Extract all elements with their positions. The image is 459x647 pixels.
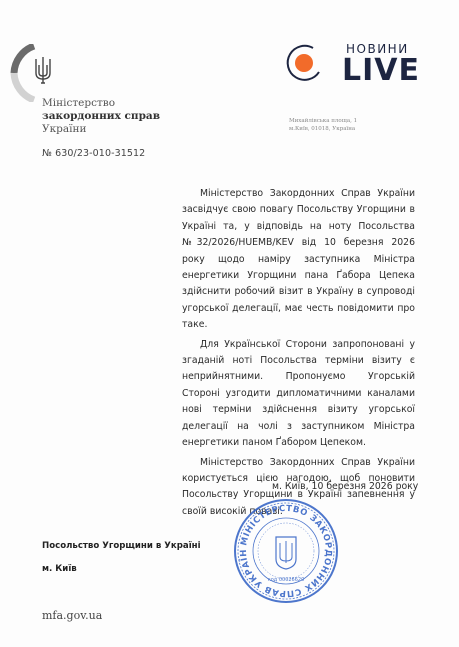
trident-icon: [33, 55, 53, 85]
ministry-address: Михайлівська площа, 1 м.Київ, 01018, Укр…: [289, 117, 357, 133]
ministry-line-3: України: [42, 123, 160, 136]
official-stamp-icon: МІНІСТЕРСТВО ЗАКОРДОННИХ СПРАВ УКРАЇНИ к…: [232, 497, 340, 605]
document-number: № 630/23-010-31512: [42, 148, 145, 159]
novyny-live-logo-icon: [283, 42, 325, 84]
svg-text:код 00026620: код 00026620: [268, 577, 305, 583]
date-line: м. Київ, 10 березня 2026 року: [272, 481, 418, 492]
paragraph-2: Для Української Сторони запропоновані у …: [182, 337, 415, 452]
recipient-name: Посольство Угорщини в Україні: [42, 541, 201, 551]
ministry-line-2: закордонних справ: [42, 110, 160, 123]
ministry-name: Міністерство закордонних справ України: [42, 97, 160, 136]
ministry-line-1: Міністерство: [42, 97, 160, 110]
website-link[interactable]: mfa.gov.ua: [42, 609, 102, 622]
address-line-1: Михайлівська площа, 1: [289, 117, 357, 125]
live-label: LIVE: [342, 54, 420, 88]
note-body: Міністерство Закордонних Справ України з…: [182, 186, 415, 523]
address-line-2: м.Київ, 01018, Україна: [289, 125, 357, 133]
paragraph-1: Міністерство Закордонних Справ України з…: [182, 186, 415, 334]
diplomatic-note-page: Міністерство закордонних справ України №…: [0, 0, 459, 647]
recipient-city: м. Київ: [42, 564, 77, 574]
